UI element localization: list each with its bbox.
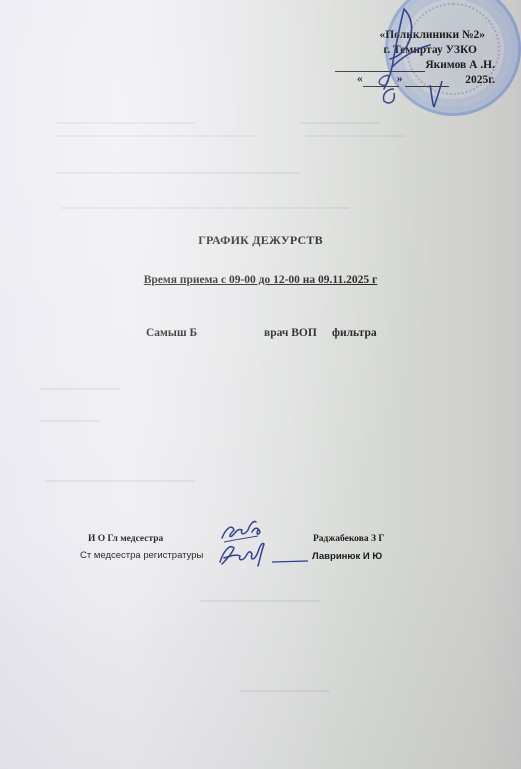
head-nurse-signature	[218, 518, 268, 546]
duty-doctor-name: Самыш Б	[146, 327, 197, 339]
bleed-through-line	[55, 172, 300, 174]
approval-block: «Поликлиники №2» г. Темиртау УЗКО Якимов…	[345, 28, 495, 88]
bleed-through-line	[240, 690, 330, 692]
bleed-through-line	[45, 480, 195, 482]
signatory-position: Ст медсестра регистратуры	[80, 550, 203, 561]
bleed-through-line	[55, 122, 195, 124]
reception-time: Время приема с 09-00 до 12-00 на 09.11.2…	[0, 274, 521, 286]
bleed-through-line	[60, 207, 350, 209]
bleed-through-line	[40, 388, 120, 390]
bleed-through-line	[305, 135, 405, 137]
month-blank-line	[405, 86, 449, 87]
document-title: ГРАФИК ДЕЖУРСТВ	[0, 233, 521, 248]
approval-org: «Поликлиники №2»	[345, 28, 495, 43]
duty-doctor-role: врач ВОП	[264, 327, 317, 339]
date-quotes: «»	[357, 72, 403, 87]
day-blank-line	[363, 86, 399, 87]
registry-nurse-signature	[214, 540, 310, 570]
approval-signer: Якимов А .Н.	[345, 58, 495, 73]
duty-location: фильтра	[332, 327, 377, 339]
bleed-through-line	[300, 122, 380, 124]
signatory-name: Лавринюк И Ю	[312, 551, 382, 562]
duty-entry: Самыш Б врач ВОП фильтра	[146, 327, 406, 343]
bleed-through-line	[40, 420, 100, 422]
approval-date: «» 2025г.	[345, 73, 495, 88]
document-page: «Поликлиники №2» г. Темиртау УЗКО Якимов…	[0, 0, 521, 769]
approval-city: г. Темиртау УЗКО	[345, 43, 495, 58]
bleed-through-line	[200, 600, 320, 602]
signatory-position: И О Гл медсестра	[88, 534, 163, 544]
signatory-name: Раджабекова З Г	[313, 534, 384, 544]
bleed-through-line	[55, 135, 255, 137]
approval-year: 2025г.	[465, 74, 495, 86]
